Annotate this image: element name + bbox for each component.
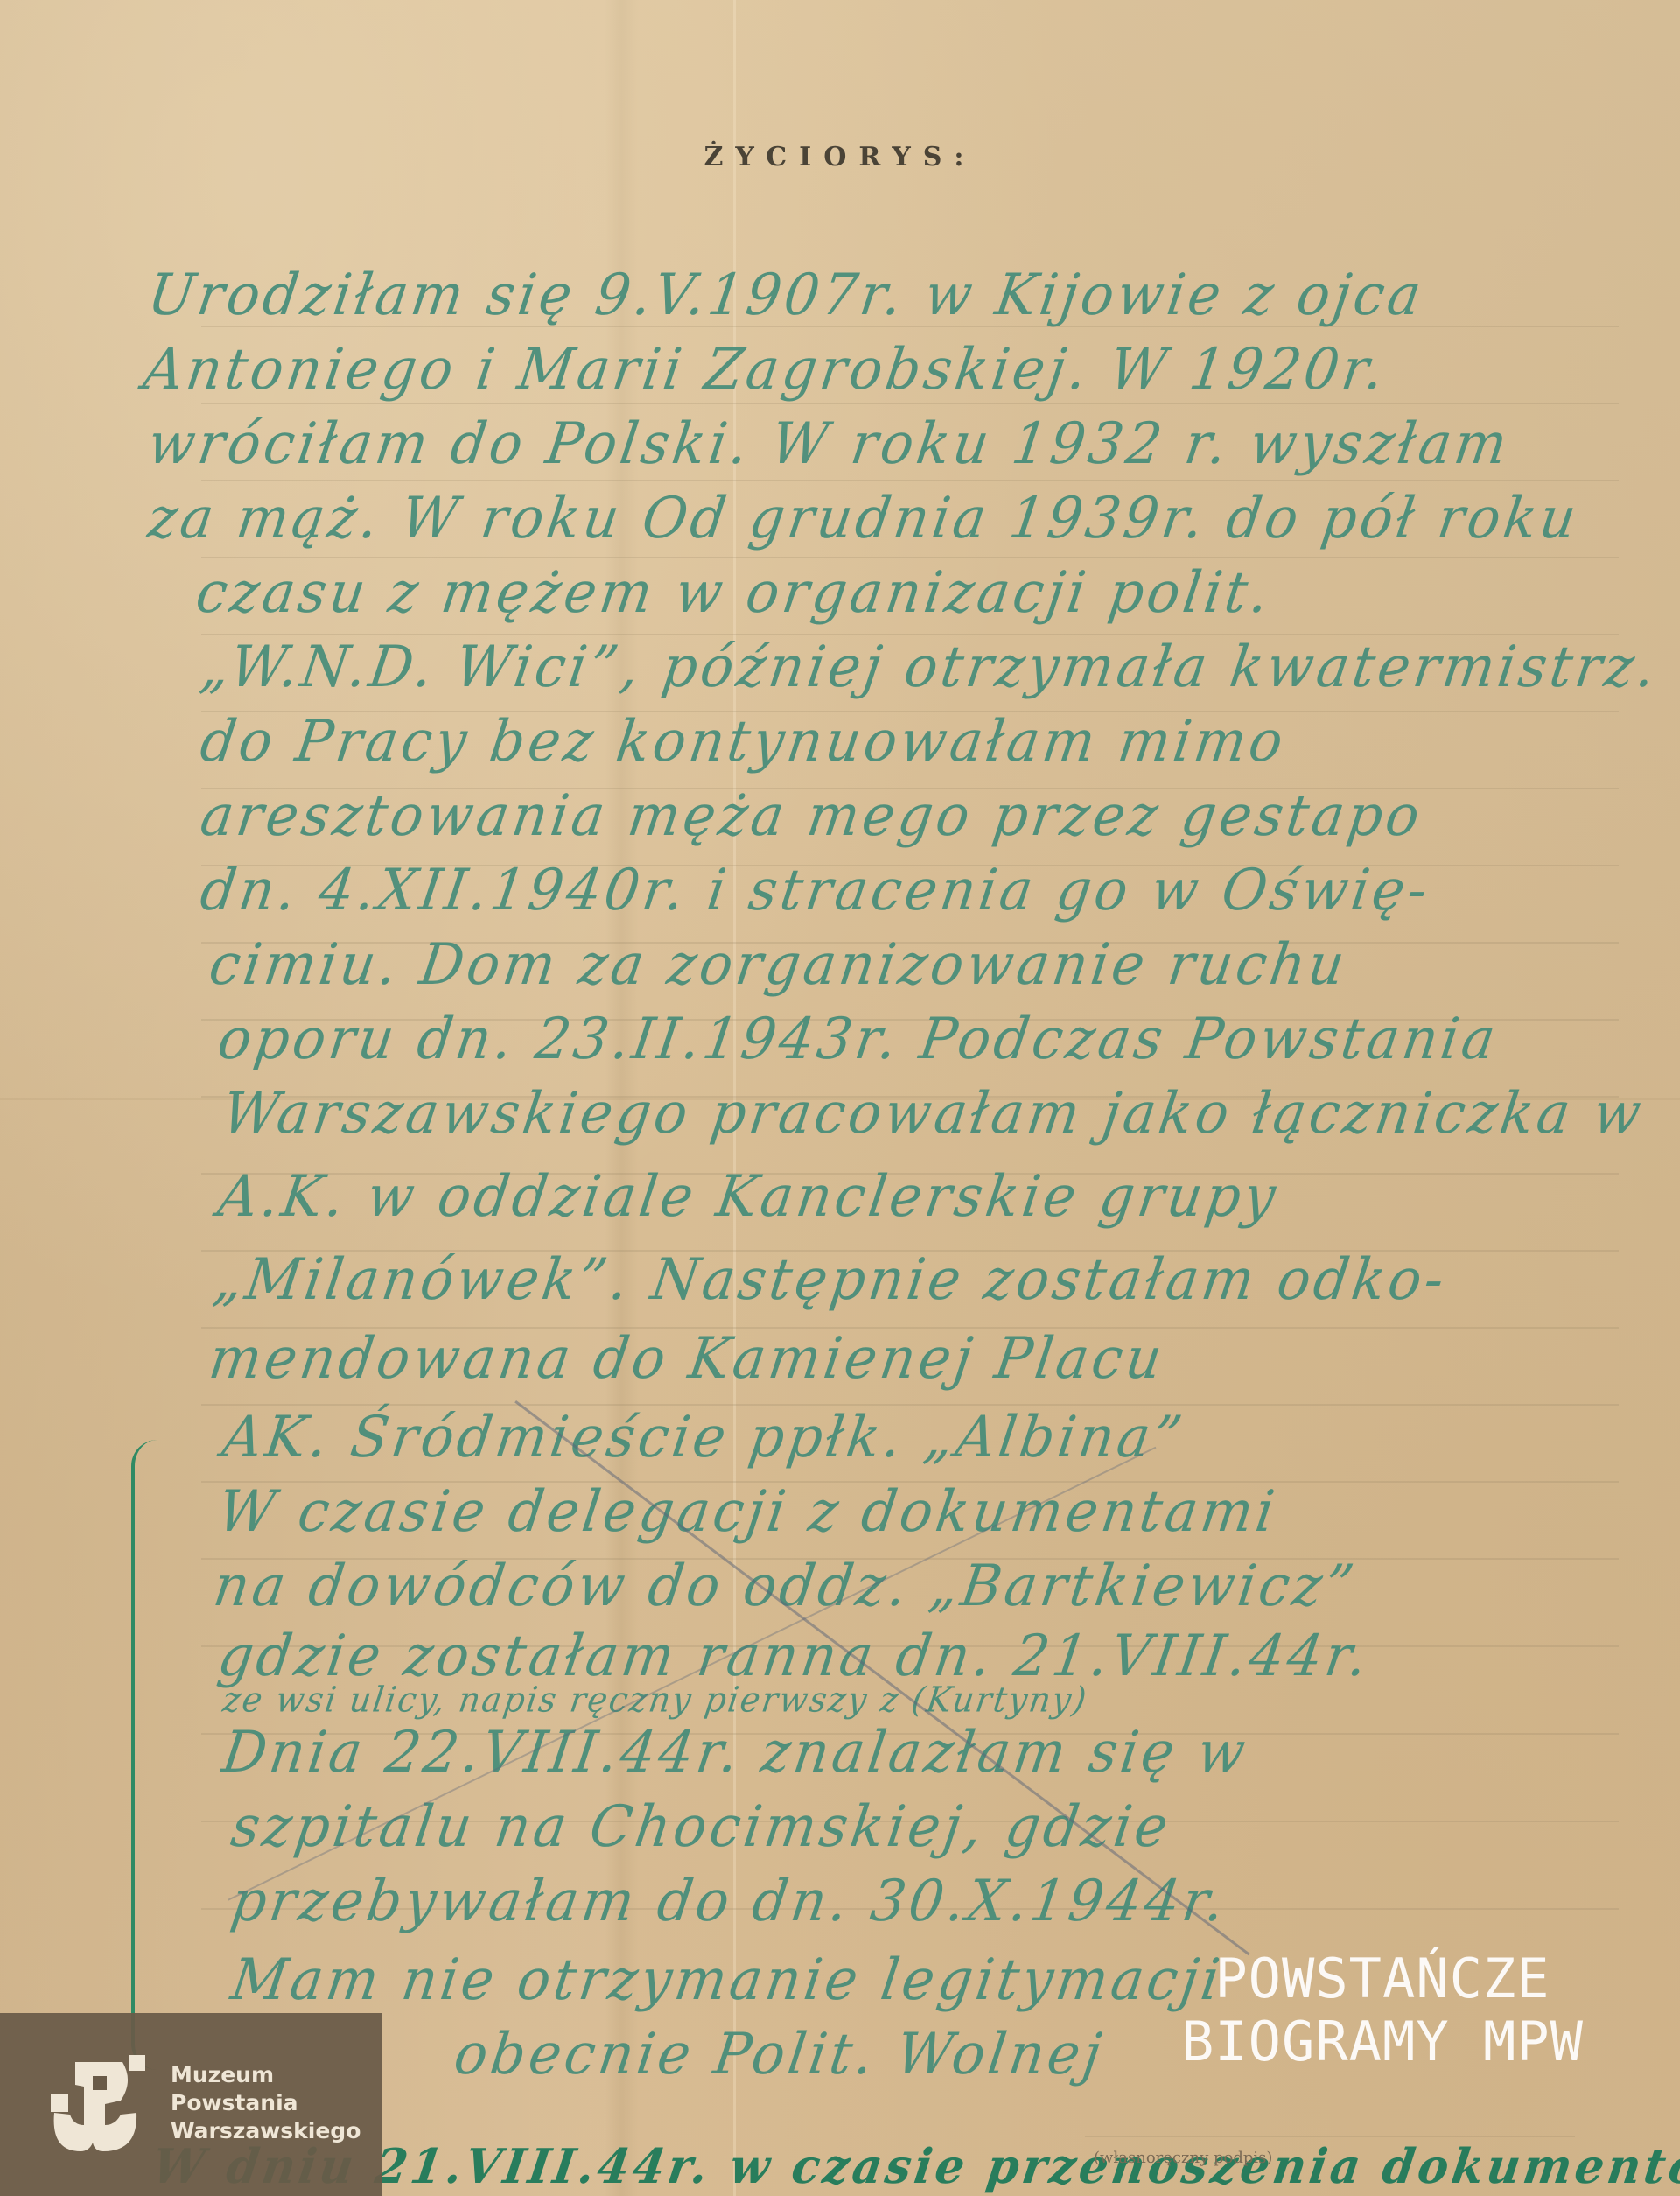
handwritten-line: wróciłam do Polski. W roku 1932 r. wyszł… [144, 410, 1515, 477]
handwritten-line: aresztowania męża mego przez gestapo [197, 782, 1427, 849]
handwritten-line: „Milanówek”. Następnie zostałam odko- [210, 1245, 1452, 1313]
museum-logo-badge: Muzeum Powstania Warszawskiego [0, 2013, 381, 2196]
handwritten-line: AK. Śródmieście ppłk. „Albina” [219, 1403, 1190, 1470]
handwritten-line: dn. 4.XII.1940r. i stracenia go w Oświę- [197, 856, 1435, 923]
handwritten-line: Mam nie otrzymanie legitymacji [227, 1946, 1228, 2013]
kotwica-anchor-icon [51, 2055, 147, 2156]
museum-name: Muzeum Powstania Warszawskiego [171, 2061, 360, 2145]
watermark-line: POWSTAŃCZE [1129, 1947, 1636, 2010]
watermark-line: BIOGRAMY MPW [1129, 2010, 1636, 2073]
handwritten-line: do Pracy bez kontynuowałam mimo [197, 707, 1291, 775]
handwritten-insert-line: ze wsi ulicy, napis ręczny pierwszy z (K… [220, 1680, 1091, 1720]
handwritten-line: przebywałam do dn. 30.X.1944r. [227, 1867, 1232, 1934]
museum-name-line: Powstania [171, 2089, 360, 2117]
handwritten-line: szpitalu na Chocimskiej, gdzie [227, 1793, 1176, 1860]
handwritten-line: czasu z mężem w organizacji polit. [192, 558, 1277, 626]
handwritten-line: za mąż. W roku Od grudnia 1939r. do pół … [144, 484, 1584, 551]
handwritten-body: Urodziłam się 9.V.1907r. w Kijowie z ojc… [0, 0, 1680, 2196]
handwritten-line: W czasie delegacji z dokumentami [214, 1477, 1282, 1545]
handwritten-line: Antoniego i Marii Zagrobskiej. W 1920r. [140, 335, 1392, 403]
handwritten-line: Urodziłam się 9.V.1907r. w Kijowie z ojc… [144, 261, 1429, 328]
handwritten-line: na dowódców do oddz. „Bartkiewicz” [210, 1552, 1361, 1619]
handwritten-line: Warszawskiego pracowałam jako łączniczka… [219, 1079, 1649, 1147]
handwritten-line: „W.N.D. Wici”, później otrzymała kwaterm… [197, 633, 1663, 700]
museum-name-line: Warszawskiego [171, 2117, 360, 2145]
biography-watermark: POWSTAŃCZE BIOGRAMY MPW [1129, 1947, 1636, 2073]
handwritten-line: A.K. w oddziale Kanclerskie grupy [214, 1162, 1284, 1230]
handwritten-line: mendowana do Kamienej Placu [206, 1324, 1170, 1392]
signature-caption: (własnoręczny podpis) [1094, 2149, 1272, 2167]
margin-bracket [131, 1440, 170, 2070]
handwritten-line: obecnie Polit. Wolnej [451, 2020, 1109, 2087]
museum-name-line: Muzeum [171, 2061, 360, 2089]
handwritten-line: oporu dn. 23.II.1943r. Podczas Powstania [214, 1005, 1503, 1072]
handwritten-line: cimiu. Dom za zorganizowanie ruchu [206, 930, 1353, 998]
handwritten-line: Dnia 22.VIII.44r. znalazłam się w [219, 1718, 1253, 1786]
